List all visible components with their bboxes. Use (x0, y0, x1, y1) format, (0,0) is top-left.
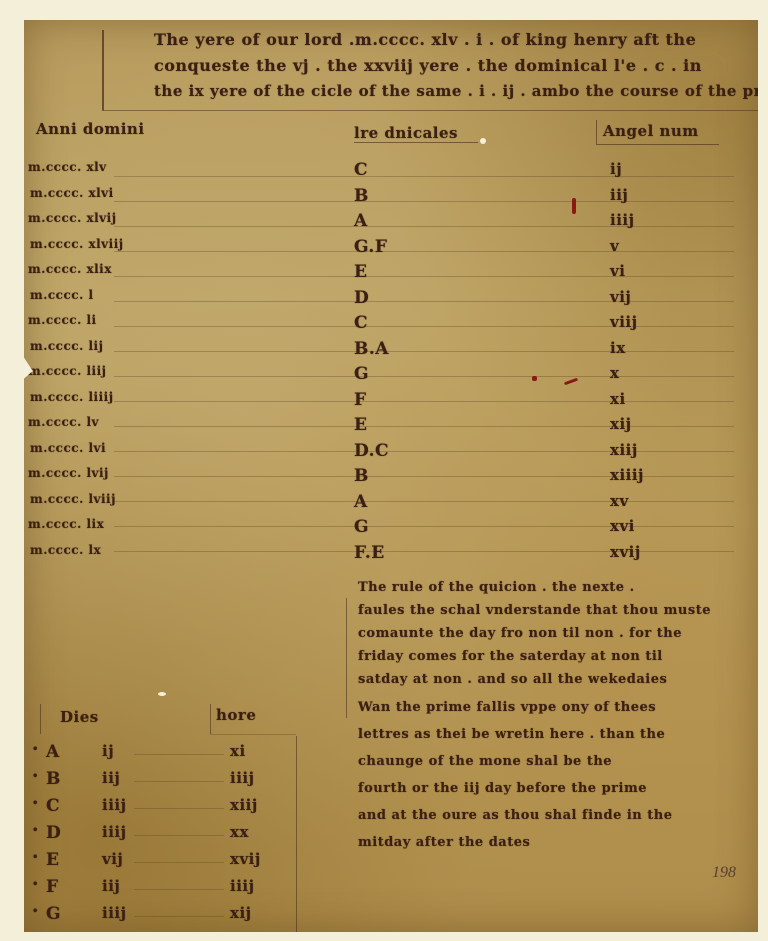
ruling-line (134, 916, 224, 917)
hore-frame-top (210, 734, 296, 735)
ruling-line (114, 276, 734, 277)
parchment-leaf: The yere of our lord .m.cccc. xlv . i . … (24, 20, 758, 932)
table-cell: B (354, 186, 369, 206)
rule-text-line: fourth or the iij day before the prime (358, 781, 647, 796)
ruling-line (114, 326, 734, 327)
ruling-line (134, 889, 224, 890)
table-cell: m.cccc. lv (28, 415, 99, 429)
table-cell: m.cccc. liiij (30, 390, 114, 404)
heading-line-3: the ix yere of the cicle of the same . i… (154, 82, 768, 100)
dies-day: vij (102, 850, 123, 868)
years-header: Anni domini (36, 120, 145, 138)
rule-text-line: satday at non . and so all the wekedaies (358, 672, 667, 687)
table-cell: m.cccc. xlix (28, 262, 112, 276)
table-cell: D.C (354, 441, 389, 461)
ruling-line (114, 176, 734, 177)
table-cell: E (354, 415, 367, 435)
bullet-icon: • (32, 852, 39, 863)
dies-letter: C (46, 796, 60, 816)
table-cell: G.F (354, 237, 387, 257)
hore-value: iiij (230, 769, 255, 787)
hore-frame-left (210, 704, 211, 734)
dies-day: iiij (102, 796, 127, 814)
rubric-mark (564, 378, 578, 386)
table-cell: vij (610, 288, 631, 306)
rule-text-line: chaunge of the mone shal be the (358, 754, 612, 769)
heading-line-2: conqueste the vj . the xxviij yere . the… (154, 56, 702, 75)
table-cell: iij (610, 186, 628, 204)
table-cell: xi (610, 390, 626, 408)
heading-line-1: The yere of our lord .m.cccc. xlv . i . … (154, 30, 696, 49)
paragraph-marker (346, 598, 347, 718)
table-cell: ij (610, 160, 622, 178)
table-cell: x (610, 364, 619, 382)
ruling-line (114, 351, 734, 352)
dies-letter: A (46, 742, 60, 762)
table-cell: vi (610, 262, 625, 280)
hore-value: iiij (230, 877, 255, 895)
hore-frame-right (296, 736, 297, 932)
table-cell: ix (610, 339, 626, 357)
table-cell: m.cccc. xlviij (30, 237, 124, 251)
hore-value: xi (230, 742, 246, 760)
rubric-mark (572, 198, 576, 214)
dies-day: ij (102, 742, 114, 760)
table-cell: xv (610, 492, 629, 510)
dies-letter: E (46, 850, 59, 870)
table-cell: B.A (354, 339, 389, 359)
bullet-icon: • (32, 798, 39, 809)
hore-value: xx (230, 823, 249, 841)
table-cell: D (354, 288, 369, 308)
ruling-line (114, 451, 734, 452)
table-cell: m.cccc. lx (30, 543, 101, 557)
ruling-line (114, 526, 734, 527)
ruling-line (134, 835, 224, 836)
table-cell: m.cccc. l (30, 288, 94, 302)
table-cell: m.cccc. liij (28, 364, 106, 378)
table-cell: m.cccc. lvi (30, 441, 106, 455)
table-cell: m.cccc. lix (28, 517, 104, 531)
table-cell: xvi (610, 517, 635, 535)
table-cell: xvij (610, 543, 641, 561)
table-cell: m.cccc. lij (30, 339, 103, 353)
dies-letter: B (46, 769, 61, 789)
dies-letter: D (46, 823, 61, 843)
table-cell: m.cccc. lvij (28, 466, 109, 480)
dies-frame-left (40, 704, 41, 734)
bullet-icon: • (32, 771, 39, 782)
parchment-hole (158, 692, 166, 696)
rule-text-line: mitday after the dates (358, 835, 530, 850)
table-cell: xiiij (610, 466, 644, 484)
table-cell: A (354, 211, 368, 231)
ruling-line (134, 862, 224, 863)
table-cell: m.cccc. li (28, 313, 97, 327)
folio-number: 198 (712, 864, 736, 882)
table-cell: G (354, 517, 369, 537)
hore-value: xij (230, 904, 252, 922)
rule-text-line: lettres as thei be wretin here . than th… (358, 727, 665, 742)
rule-text-line: and at the oure as thou shal finde in th… (358, 808, 673, 823)
dies-letter: G (46, 904, 61, 924)
hore-value: xvij (230, 850, 261, 868)
parchment-hole (480, 138, 486, 144)
table-cell: iiij (610, 211, 635, 229)
ruling-line (114, 251, 734, 252)
rule-text-line: comaunte the day fro non til non . for t… (358, 626, 682, 641)
table-cell: m.cccc. lviij (30, 492, 116, 506)
dies-day: iij (102, 769, 120, 787)
ruling-line (114, 501, 734, 502)
table-cell: F (354, 390, 367, 410)
table-cell: m.cccc. xlvi (30, 186, 114, 200)
ruling-line (114, 301, 734, 302)
table-cell: viij (610, 313, 638, 331)
bullet-icon: • (32, 879, 39, 890)
dies-day: iiij (102, 904, 127, 922)
rule-text-line: friday comes for the saterday at non til (358, 649, 663, 664)
bullet-icon: • (32, 744, 39, 755)
hore-value: xiij (230, 796, 258, 814)
ruling-line (114, 226, 734, 227)
ruling-line (134, 808, 224, 809)
table-cell: F.E (354, 543, 385, 563)
table-cell: C (354, 313, 368, 333)
table-cell: A (354, 492, 368, 512)
ruling-line (114, 426, 734, 427)
table-cell: B (354, 466, 369, 486)
ruling-line (114, 376, 734, 377)
rubric-mark (532, 376, 537, 381)
dies-letter: F (46, 877, 59, 897)
angel-header: Angel num (596, 120, 719, 145)
dies-header: Dies (60, 708, 99, 726)
table-cell: xij (610, 415, 632, 433)
table-cell: E (354, 262, 367, 282)
table-cell: xiij (610, 441, 638, 459)
hore-header: hore (216, 706, 256, 724)
bullet-icon: • (32, 825, 39, 836)
dominical-header: lre dnicales (354, 124, 478, 143)
table-cell: m.cccc. xlvij (28, 211, 117, 225)
rule-text-line: The rule of the quicion . the nexte . (358, 580, 635, 595)
table-cell: v (610, 237, 619, 255)
ruling-line (114, 201, 734, 202)
ruling-line (134, 754, 224, 755)
rule-text-line: Wan the prime fallis vppe ony of thees (358, 700, 656, 715)
ruling-line (134, 781, 224, 782)
table-cell: G (354, 364, 369, 384)
ruling-line (114, 551, 734, 552)
table-cell: C (354, 160, 368, 180)
dies-day: iij (102, 877, 120, 895)
dies-day: iiij (102, 823, 127, 841)
ruling-line (114, 401, 734, 402)
rule-text-line: faules the schal vnderstande that thou m… (358, 603, 711, 618)
bullet-icon: • (32, 906, 39, 917)
table-cell: m.cccc. xlv (28, 160, 107, 174)
